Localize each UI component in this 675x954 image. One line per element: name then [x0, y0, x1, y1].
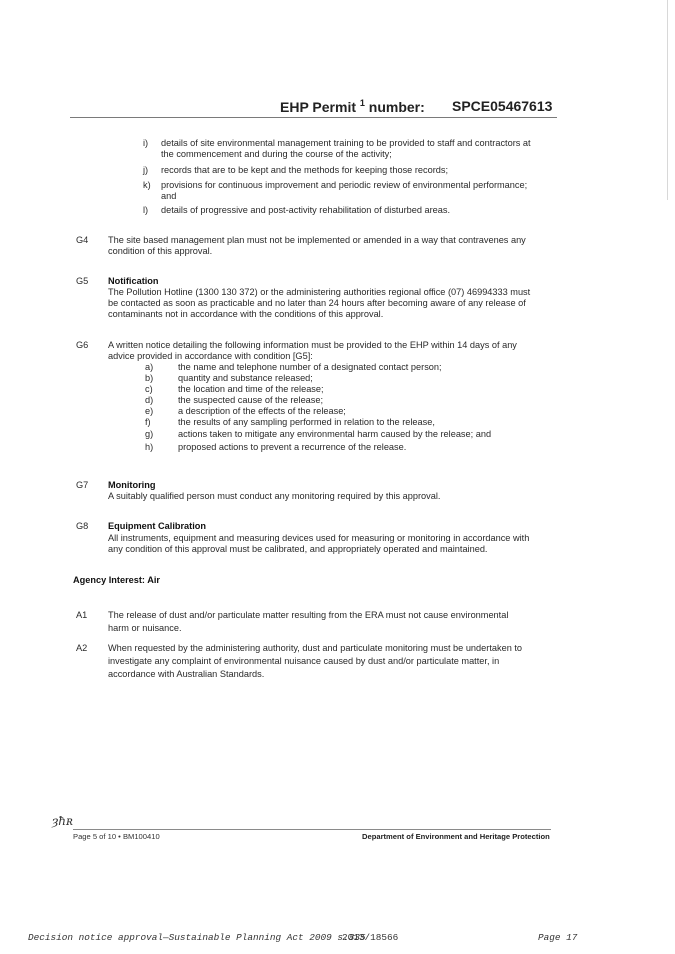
- condition-heading: Equipment Calibration: [108, 521, 206, 533]
- page-info: Page 5 of 10 • BM100410: [73, 832, 160, 841]
- condition-text: investigate any complaint of environment…: [108, 656, 499, 668]
- condition-text: be contacted as soon as practicable and …: [108, 298, 526, 310]
- department-name: Department of Environment and Heritage P…: [362, 832, 550, 841]
- list-marker: c): [145, 384, 153, 396]
- list-marker: l): [143, 205, 148, 217]
- list-item: the commencement and during the course o…: [161, 149, 392, 161]
- list-marker: b): [145, 373, 153, 385]
- condition-id: A1: [76, 610, 87, 622]
- condition-id: G7: [76, 480, 88, 492]
- list-marker: g): [145, 429, 153, 441]
- condition-text: any condition of this approval must be c…: [108, 544, 487, 556]
- footer-divider: [73, 829, 551, 830]
- condition-text: advice provided in accordance with condi…: [108, 351, 313, 363]
- condition-heading: Monitoring: [108, 480, 155, 492]
- document-reference: 2013/18566: [342, 932, 398, 943]
- list-marker: i): [143, 138, 148, 150]
- list-item: provisions for continuous improvement an…: [161, 180, 527, 192]
- list-marker: d): [145, 395, 153, 407]
- list-item: details of site environmental management…: [161, 138, 531, 150]
- permit-footnote-marker: 1: [360, 98, 365, 108]
- condition-id: G8: [76, 521, 88, 533]
- condition-text: accordance with Australian Standards.: [108, 669, 264, 681]
- permit-label-suffix: number:: [369, 99, 425, 115]
- permit-header: EHP Permit 1 number: SPCE05467613: [280, 98, 550, 115]
- page-edge-line: [667, 0, 668, 200]
- list-marker: k): [143, 180, 151, 192]
- condition-text: A suitably qualified person must conduct…: [108, 491, 440, 503]
- list-item: the results of any sampling performed in…: [178, 417, 435, 429]
- list-item: details of progressive and post-activity…: [161, 205, 450, 217]
- list-marker: h): [145, 442, 153, 454]
- list-item: a description of the effects of the rele…: [178, 406, 346, 418]
- list-item: quantity and substance released;: [178, 373, 313, 385]
- document-page: EHP Permit 1 number: SPCE05467613 i) det…: [0, 0, 675, 954]
- list-item: the suspected cause of the release;: [178, 395, 323, 407]
- header-divider: [70, 117, 557, 118]
- list-item: the location and time of the release;: [178, 384, 324, 396]
- condition-id: G4: [76, 235, 88, 247]
- list-marker: a): [145, 362, 153, 374]
- condition-id: G6: [76, 340, 88, 352]
- condition-text: A written notice detailing the following…: [108, 340, 517, 352]
- condition-text: The site based management plan must not …: [108, 235, 526, 247]
- list-item: and: [161, 191, 176, 203]
- document-title: Decision notice approval—Sustainable Pla…: [28, 932, 366, 943]
- list-marker: j): [143, 165, 148, 177]
- condition-text: All instruments, equipment and measuring…: [108, 533, 529, 545]
- condition-text: condition of this approval.: [108, 246, 212, 258]
- condition-text: The Pollution Hotline (1300 130 372) or …: [108, 287, 530, 299]
- condition-text: harm or nuisance.: [108, 623, 182, 635]
- condition-id: G5: [76, 276, 88, 288]
- list-item: actions taken to mitigate any environmen…: [178, 429, 491, 441]
- permit-label: EHP Permit: [280, 99, 356, 115]
- page-number: Page 17: [538, 932, 577, 943]
- condition-heading: Notification: [108, 276, 159, 288]
- section-heading: Agency Interest: Air: [73, 575, 160, 587]
- handwritten-initials: ȝħʀ: [52, 814, 73, 828]
- list-marker: e): [145, 406, 153, 418]
- permit-number: SPCE05467613: [452, 98, 552, 114]
- condition-id: A2: [76, 643, 87, 655]
- condition-text: When requested by the administering auth…: [108, 643, 522, 655]
- list-item: proposed actions to prevent a recurrence…: [178, 442, 406, 454]
- list-marker: f): [145, 417, 151, 429]
- list-item: the name and telephone number of a desig…: [178, 362, 442, 374]
- condition-text: The release of dust and/or particulate m…: [108, 610, 508, 622]
- list-item: records that are to be kept and the meth…: [161, 165, 448, 177]
- condition-text: contaminants not in accordance with the …: [108, 309, 383, 321]
